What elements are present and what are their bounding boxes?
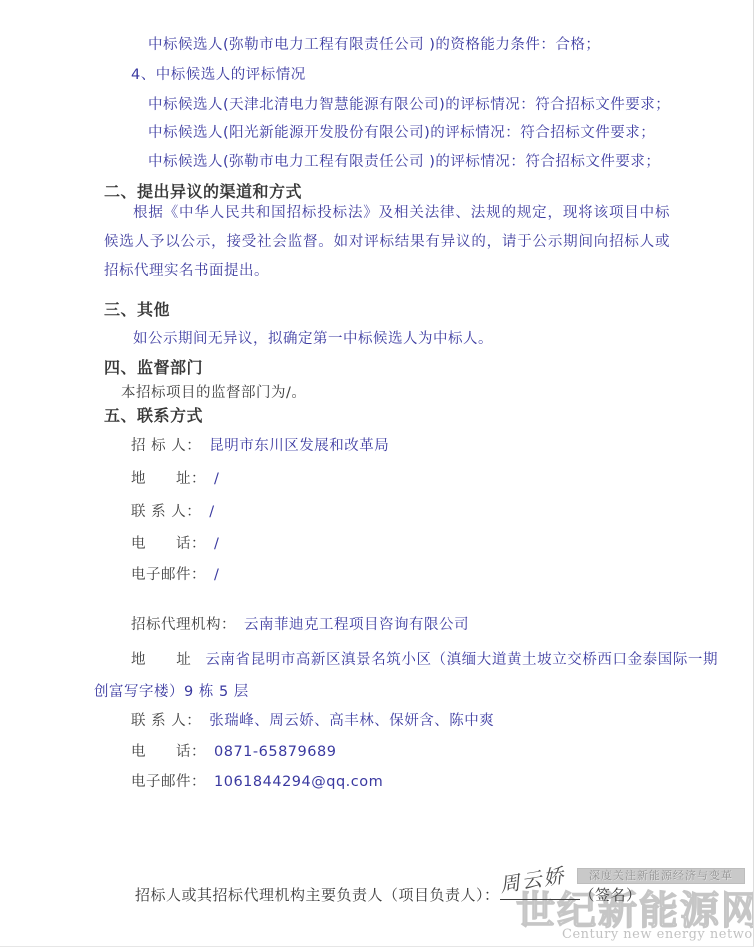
candidate-evaluation-line-2: 中标候选人(阳光新能源开发股份有限公司)的评标情况：符合招标文件要求； [148, 121, 655, 142]
tenderer-address-row: 地 址：/ [131, 467, 219, 488]
agency-contact-person-row: 联 系 人：张瑞峰、周云娇、高丰林、保妍含、陈中爽 [131, 709, 494, 730]
agency-email-row: 电子邮件：1061844294@qq.com [131, 770, 383, 791]
agency-email-value: 1061844294@qq.com [214, 774, 383, 790]
tenderer-value: 昆明市东川区发展和改革局 [209, 438, 389, 454]
watermark-subtitle: Century new energy network [562, 927, 754, 942]
agency-name-row: 招标代理机构：云南菲迪克工程项目咨询有限公司 [131, 613, 469, 634]
signature-row: 招标人或其招标代理机构主要负责人（项目负责人）：周云娇（签名） [135, 882, 642, 905]
tenderer-label: 招 标 人： [131, 438, 201, 454]
agency-phone-label: 电 话： [131, 744, 206, 760]
watermark: 深度关注新能源经济与变革 世纪新能源网 Century new energy n… [0, 0, 754, 947]
section-3-heading: 三、其他 [104, 297, 170, 320]
candidate-qualification-line: 中标候选人(弥勒市电力工程有限责任公司 )的资格能力条件：合格； [148, 33, 600, 54]
document-page: 深度关注新能源经济与变革 世纪新能源网 Century new energy n… [0, 0, 754, 947]
tenderer-row: 招 标 人：昆明市东川区发展和改革局 [131, 434, 389, 455]
phone-value: / [214, 536, 219, 552]
agency-name-value: 云南菲迪克工程项目咨询有限公司 [244, 617, 469, 633]
section-4-heading: 四、监督部门 [104, 355, 203, 378]
signature-label: 招标人或其招标代理机构主要负责人（项目负责人）： [135, 886, 500, 904]
signature-line: 周云娇 [500, 882, 580, 900]
phone-label: 电 话： [131, 536, 206, 552]
contact-person-label: 联 系 人： [131, 504, 201, 520]
address-label: 地 址： [131, 471, 206, 487]
agency-phone-value: 0871-65879689 [214, 744, 336, 760]
agency-contact-person-value: 张瑞峰、周云娇、高丰林、保妍含、陈中爽 [209, 713, 494, 729]
section-3-body: 如公示期间无异议，拟确定第一中标候选人为中标人。 [133, 327, 493, 348]
email-label: 电子邮件： [131, 567, 206, 583]
section-4-body: 本招标项目的监督部门为/。 [121, 381, 306, 402]
agency-label: 招标代理机构： [131, 617, 236, 633]
address-value: / [214, 471, 219, 487]
tenderer-email-row: 电子邮件：/ [131, 563, 219, 584]
section-2-body: 根据《中华人民共和国招标投标法》及相关法律、法规的规定，现将该项目中标候选人予以… [104, 199, 670, 286]
section-5-heading: 五、联系方式 [104, 403, 203, 426]
signature-suffix-label: （签名） [580, 886, 642, 904]
agency-email-label: 电子邮件： [131, 774, 206, 790]
candidate-evaluation-line-1: 中标候选人(天津北清电力智慧能源有限公司)的评标情况：符合招标文件要求； [148, 93, 670, 114]
email-value: / [214, 567, 219, 583]
agency-phone-row: 电 话：0871-65879689 [131, 740, 336, 761]
agency-address-label: 地 址 [131, 652, 191, 668]
agency-address-row: 地 址云南省昆明市高新区滇景名筑小区（滇缅大道黄土坡立交桥西口金泰国际一期创富写… [94, 644, 718, 708]
signature-handwriting: 周云娇 [497, 859, 567, 898]
list-item-4-heading: 4、中标候选人的评标情况 [131, 63, 306, 84]
agency-contact-person-label: 联 系 人： [131, 713, 201, 729]
candidate-evaluation-line-3: 中标候选人(弥勒市电力工程有限责任公司 )的评标情况：符合招标文件要求； [148, 150, 660, 171]
contact-person-value: / [209, 504, 214, 520]
tenderer-phone-row: 电 话：/ [131, 532, 219, 553]
tenderer-contact-person-row: 联 系 人：/ [131, 500, 215, 521]
